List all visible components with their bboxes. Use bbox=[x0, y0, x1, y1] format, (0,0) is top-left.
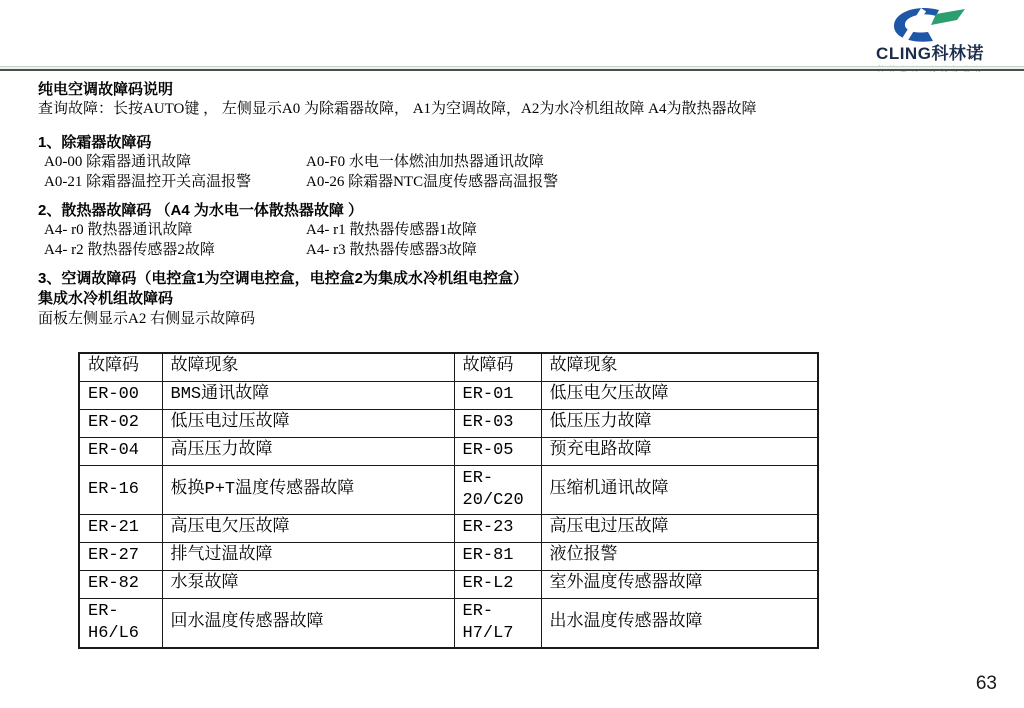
table-row: ER-02 低压电过压故障 ER-03 低压压力故障 bbox=[79, 409, 818, 437]
code-cell: ER-16 bbox=[79, 465, 162, 514]
brand-chinese: 科林诺 bbox=[931, 44, 984, 63]
code-cell: ER-21 bbox=[79, 514, 162, 542]
desc-cell: 板换P+T温度传感器故障 bbox=[162, 465, 454, 514]
code-cell: ER-H7/L7 bbox=[454, 598, 541, 648]
desc-cell: 高压电欠压故障 bbox=[162, 514, 454, 542]
table-row: ER-82 水泵故障 ER-L2 室外温度传感器故障 bbox=[79, 570, 818, 598]
desc-cell: 压缩机通讯故障 bbox=[541, 465, 818, 514]
desc-cell: 预充电路故障 bbox=[541, 437, 818, 465]
table-header-row: 故障码 故障现象 故障码 故障现象 bbox=[79, 353, 818, 381]
section-1-row-1: A0-00 除霜器通讯故障 A0-F0 水电一体燃油加热器通讯故障 bbox=[38, 153, 998, 173]
header-divider bbox=[0, 66, 1024, 71]
code-cell: ER-20/C20 bbox=[454, 465, 541, 514]
code-cell: ER-03 bbox=[454, 409, 541, 437]
header-cell: 故障码 bbox=[454, 353, 541, 381]
fault-code-table: 故障码 故障现象 故障码 故障现象 ER-00 BMS通讯故障 ER-01 低压… bbox=[78, 352, 819, 649]
code-cell: ER-81 bbox=[454, 542, 541, 570]
desc-cell: 高压电过压故障 bbox=[541, 514, 818, 542]
section-1-row-2: A0-21 除霜器温控开关高温报警 A0-26 除霜器NTC温度传感器高温报警 bbox=[38, 173, 998, 193]
desc-cell: 液位报警 bbox=[541, 542, 818, 570]
code-cell: ER-27 bbox=[79, 542, 162, 570]
desc-cell: 低压电过压故障 bbox=[162, 409, 454, 437]
table-row: ER-04 高压压力故障 ER-05 预充电路故障 bbox=[79, 437, 818, 465]
fault-code-line: A0-26 除霜器NTC温度传感器高温报警 bbox=[306, 173, 998, 193]
code-cell: ER-H6/L6 bbox=[79, 598, 162, 648]
code-cell: ER-05 bbox=[454, 437, 541, 465]
brand-text: CLING科林诺 bbox=[852, 45, 1008, 63]
desc-cell: 高压压力故障 bbox=[162, 437, 454, 465]
table-row: ER-27 排气过温故障 ER-81 液位报警 bbox=[79, 542, 818, 570]
desc-cell: 排气过温故障 bbox=[162, 542, 454, 570]
desc-cell: BMS通讯故障 bbox=[162, 381, 454, 409]
slide-content: 纯电空调故障码说明 查询故障：长按AUTO键 ， 左侧显示A0 为除霜器故障， … bbox=[38, 80, 998, 649]
fault-code-line: A4- r0 散热器通讯故障 bbox=[44, 221, 306, 241]
section-3-heading: 3、空调故障码（电控盒1为空调电控盒，电控盒2为集成水冷机组电控盒） bbox=[38, 269, 998, 289]
doc-title: 纯电空调故障码说明 bbox=[38, 80, 998, 99]
fault-code-line: A4- r1 散热器传感器1故障 bbox=[306, 221, 998, 241]
desc-cell: 水泵故障 bbox=[162, 570, 454, 598]
table-row: ER-00 BMS通讯故障 ER-01 低压电欠压故障 bbox=[79, 381, 818, 409]
logo: CLING科林诺 科 林 空 调 · 为 美 好 出 行 bbox=[852, 5, 1008, 73]
section-2-row-2: A4- r2 散热器传感器2故障 A4- r3 散热器传感器3故障 bbox=[38, 241, 998, 261]
code-cell: ER-82 bbox=[79, 570, 162, 598]
fault-code-line: A4- r3 散热器传感器3故障 bbox=[306, 241, 998, 261]
brand-latin: CLING bbox=[876, 44, 931, 63]
header-cell: 故障码 bbox=[79, 353, 162, 381]
fault-code-line: A0-F0 水电一体燃油加热器通讯故障 bbox=[306, 153, 998, 173]
page-number: 63 bbox=[976, 673, 997, 695]
section-3-subheading: 集成水冷机组故障码 bbox=[38, 289, 998, 309]
desc-cell: 低压电欠压故障 bbox=[541, 381, 818, 409]
header-cell: 故障现象 bbox=[162, 353, 454, 381]
fault-code-line: A4- r2 散热器传感器2故障 bbox=[44, 241, 306, 261]
desc-cell: 室外温度传感器故障 bbox=[541, 570, 818, 598]
desc-cell: 回水温度传感器故障 bbox=[162, 598, 454, 648]
cling-logo-icon bbox=[887, 5, 973, 45]
intro-query-line: 查询故障：长按AUTO键 ， 左侧显示A0 为除霜器故障， A1为空调故障，A2… bbox=[38, 99, 998, 119]
header-cell: 故障现象 bbox=[541, 353, 818, 381]
section-2-row-1: A4- r0 散热器通讯故障 A4- r1 散热器传感器1故障 bbox=[38, 221, 998, 241]
desc-cell: 出水温度传感器故障 bbox=[541, 598, 818, 648]
code-cell: ER-01 bbox=[454, 381, 541, 409]
section-2-heading: 2、散热器故障码 （A4 为水电一体散热器故障 ） bbox=[38, 201, 998, 221]
section-3-note: 面板左侧显示A2 右侧显示故障码 bbox=[38, 309, 998, 329]
table-row: ER-21 高压电欠压故障 ER-23 高压电过压故障 bbox=[79, 514, 818, 542]
code-cell: ER-00 bbox=[79, 381, 162, 409]
table-row: ER-H6/L6 回水温度传感器故障 ER-H7/L7 出水温度传感器故障 bbox=[79, 598, 818, 648]
table-row: ER-16 板换P+T温度传感器故障 ER-20/C20 压缩机通讯故障 bbox=[79, 465, 818, 514]
fault-code-line: A0-21 除霜器温控开关高温报警 bbox=[44, 173, 306, 193]
code-cell: ER-02 bbox=[79, 409, 162, 437]
code-cell: ER-L2 bbox=[454, 570, 541, 598]
desc-cell: 低压压力故障 bbox=[541, 409, 818, 437]
fault-code-line: A0-00 除霜器通讯故障 bbox=[44, 153, 306, 173]
code-cell: ER-04 bbox=[79, 437, 162, 465]
section-1-heading: 1、除霜器故障码 bbox=[38, 133, 998, 153]
code-cell: ER-23 bbox=[454, 514, 541, 542]
